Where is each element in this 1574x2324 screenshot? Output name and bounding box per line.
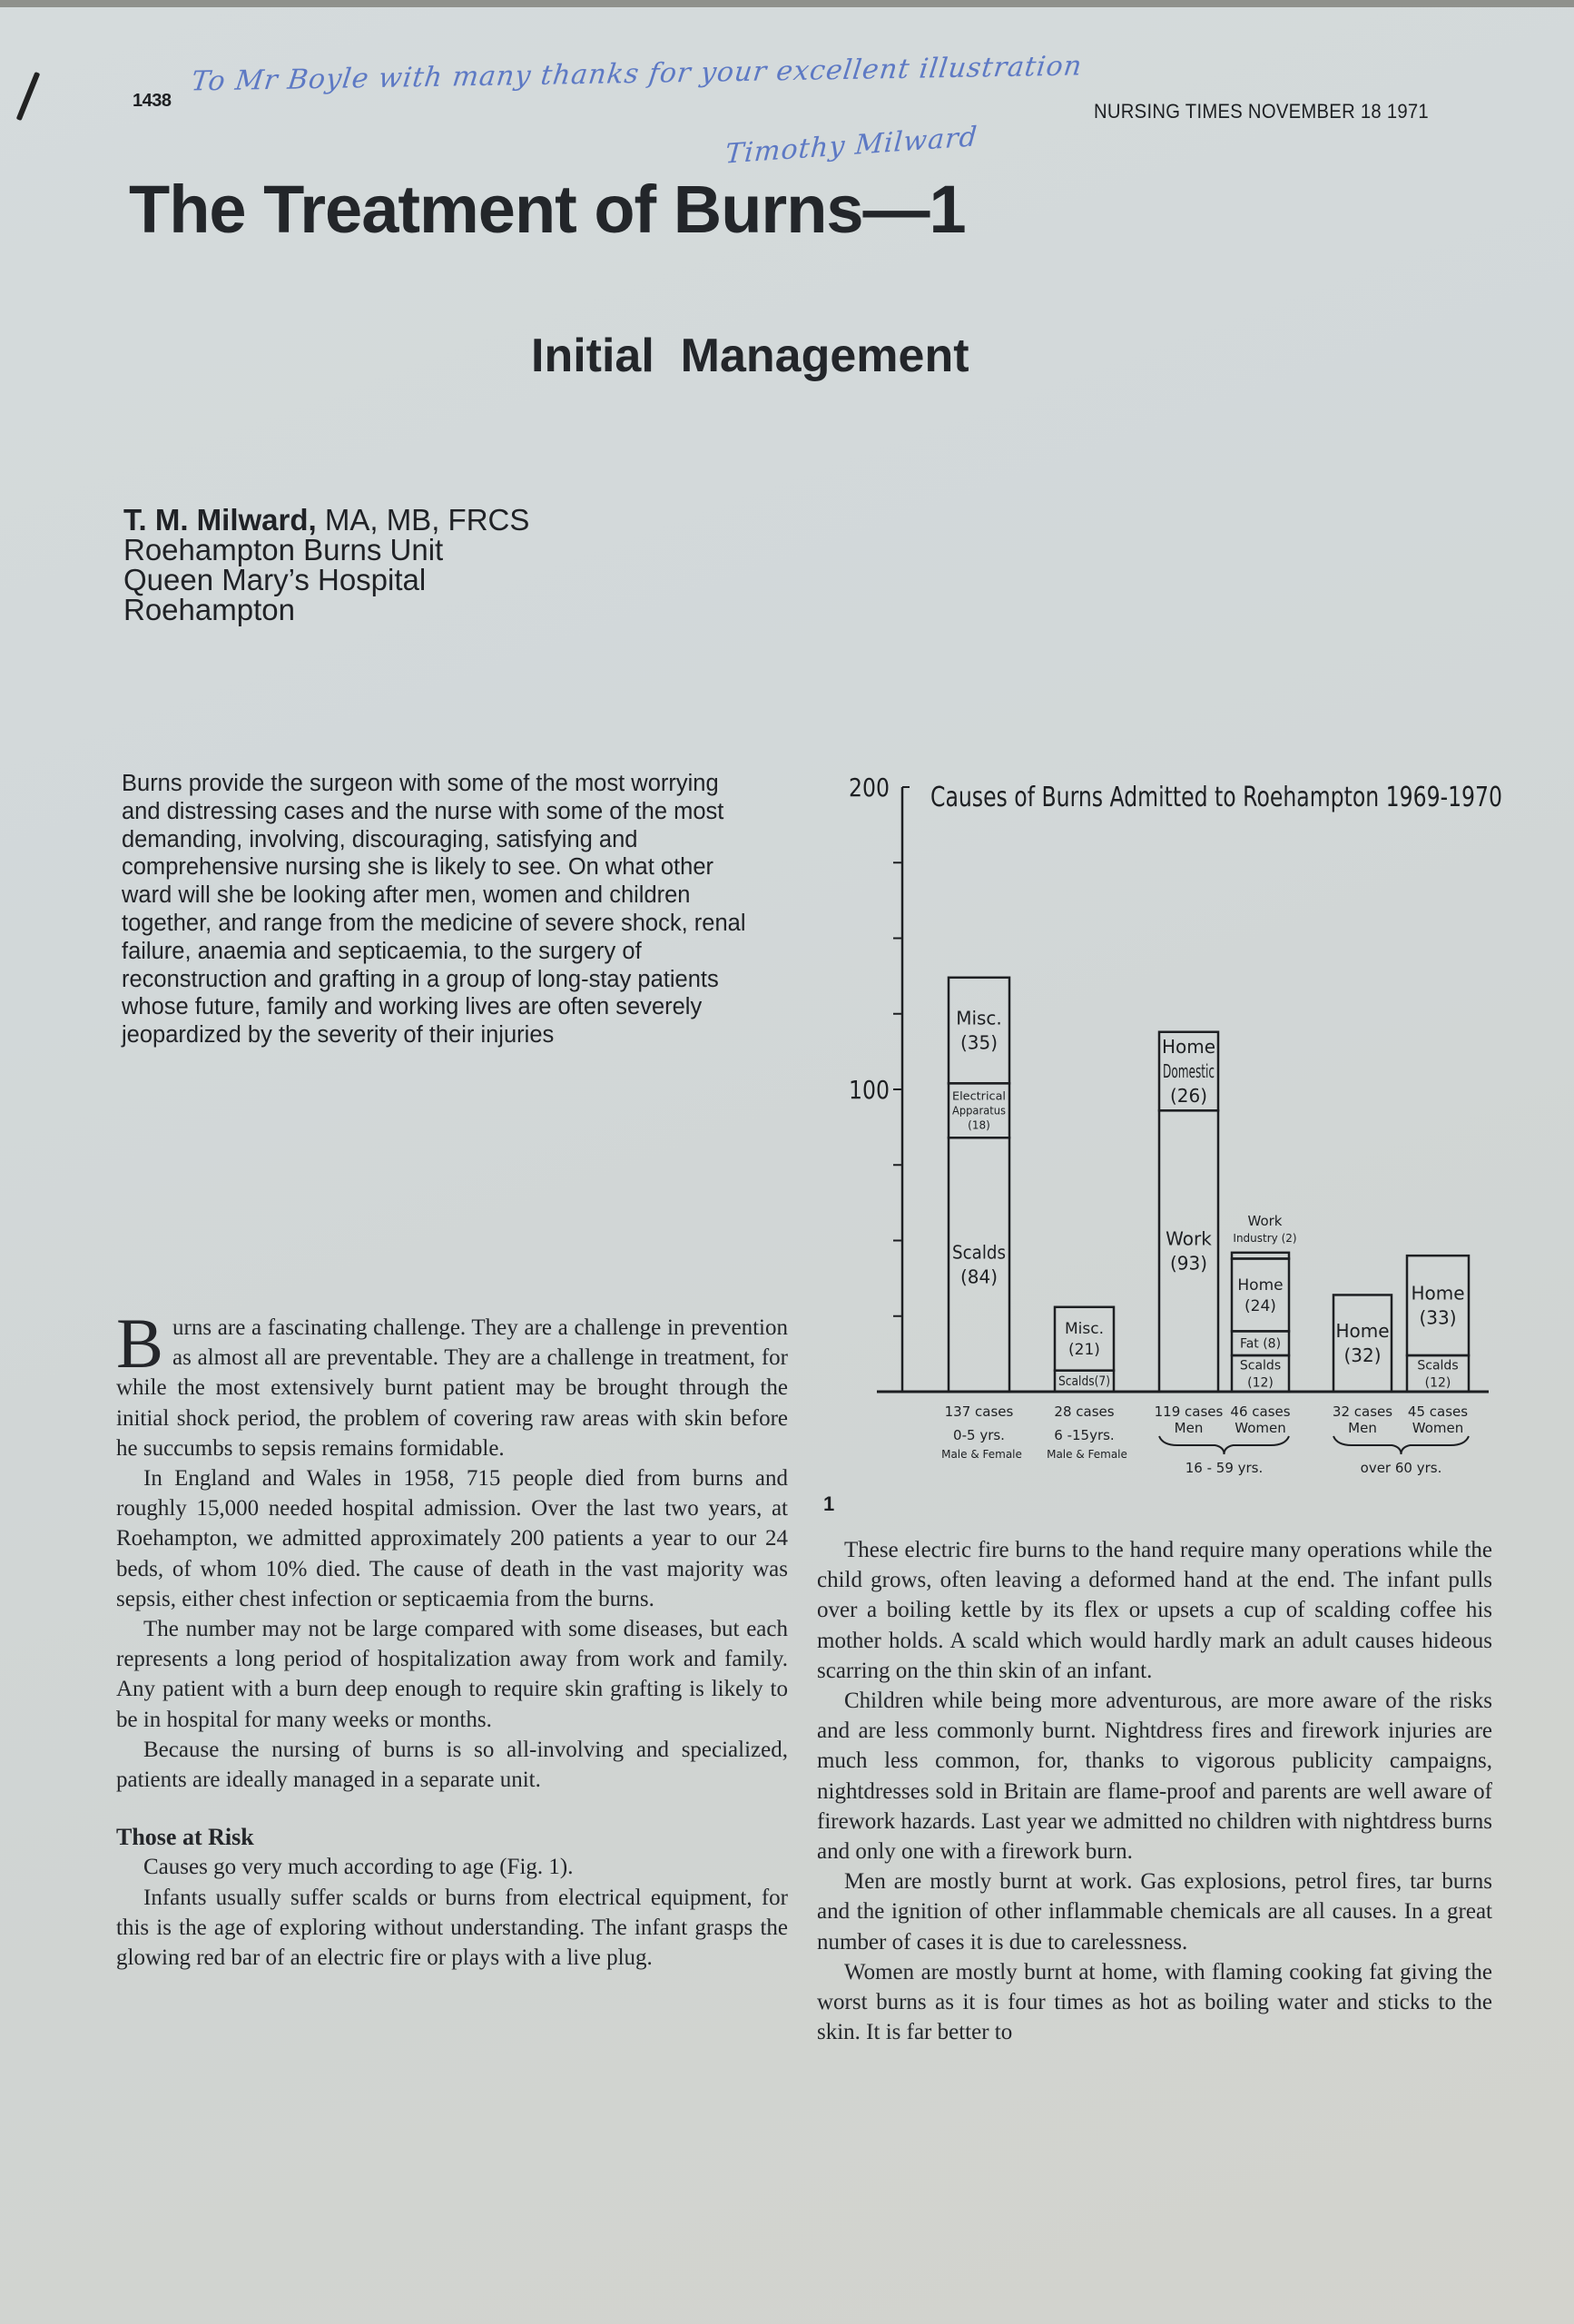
sex-label: Male & Female (941, 1448, 1022, 1461)
right-column: These electric fire burns to the hand re… (817, 1535, 1492, 2047)
group-label: 16 - 59 yrs. (1185, 1460, 1264, 1476)
cases-label: 46 cases (1230, 1403, 1290, 1420)
segment-label: Home (1237, 1276, 1283, 1295)
segment-label: Fat (8) (1240, 1337, 1281, 1352)
chart-title: Causes of Burns Admitted to Roehampton 1… (930, 782, 1502, 813)
segment-label: (32) (1343, 1344, 1381, 1366)
segment-label: Misc. (956, 1008, 1002, 1029)
bar-segment (1055, 1307, 1114, 1371)
paragraph: Women are mostly burnt at home, with fla… (817, 1957, 1492, 2048)
segment-label: Scalds (952, 1242, 1006, 1264)
segment-label: Scalds(7) (1058, 1374, 1110, 1389)
segment-label: Scalds (1417, 1358, 1458, 1373)
segment-label: Domestic (1163, 1060, 1215, 1082)
segment-label: (93) (1170, 1253, 1207, 1275)
sex-label: Men (1348, 1420, 1377, 1436)
segment-label: Electrical (952, 1089, 1006, 1102)
sex-label: Women (1235, 1420, 1285, 1436)
segment-label: (33) (1419, 1307, 1456, 1329)
magazine-page: 1438 NURSING TIMES NOVEMBER 18 1971 To M… (0, 7, 1574, 2324)
paragraph: Men are mostly burnt at work. Gas explos… (817, 1866, 1492, 1957)
y-tick-label: 100 (849, 1075, 890, 1105)
figure-number: 1 (823, 1492, 834, 1516)
segment-label: Misc. (1065, 1320, 1104, 1338)
group-brace (1159, 1436, 1289, 1454)
segment-label: Scalds (1240, 1358, 1281, 1373)
segment-annotation: Work (1248, 1213, 1283, 1229)
segment-label: (26) (1170, 1085, 1207, 1107)
segment-label: (84) (960, 1266, 998, 1288)
group-brace (1333, 1436, 1469, 1454)
segment-label: Work (1166, 1228, 1212, 1250)
segment-label: (18) (968, 1119, 990, 1132)
age-label: 0-5 yrs. (953, 1427, 1005, 1443)
segment-annotation: Industry (2) (1233, 1232, 1296, 1245)
cases-label: 119 cases (1155, 1403, 1224, 1420)
paragraph: Children while being more adventurous, a… (817, 1686, 1492, 1866)
segment-label: (21) (1068, 1341, 1100, 1359)
sex-label: Men (1175, 1420, 1204, 1436)
y-tick-label: 200 (849, 773, 890, 803)
segment-label: Home (1335, 1320, 1389, 1342)
bar-segment (1159, 1110, 1218, 1392)
segment-label: (24) (1244, 1297, 1276, 1315)
cases-label: 28 cases (1054, 1403, 1114, 1420)
bar-segment (949, 1137, 1009, 1392)
paragraph: These electric fire burns to the hand re… (817, 1535, 1492, 1686)
bar-segment (949, 978, 1009, 1084)
cases-label: 32 cases (1333, 1403, 1392, 1420)
group-label: over 60 yrs. (1361, 1460, 1442, 1476)
bar-segment (1232, 1253, 1289, 1259)
bar-segment (1232, 1258, 1289, 1331)
cases-label: 45 cases (1408, 1403, 1468, 1420)
age-label: 6 -15yrs. (1054, 1427, 1114, 1443)
sex-label: Women (1412, 1420, 1463, 1436)
bar-segment (1333, 1295, 1392, 1392)
segment-label: Apparatus (952, 1105, 1006, 1118)
segment-label: (12) (1425, 1375, 1451, 1390)
segment-label: Home (1411, 1283, 1464, 1305)
segment-label: (12) (1247, 1375, 1274, 1390)
sex-label: Male & Female (1047, 1448, 1127, 1461)
segment-label: Home (1162, 1036, 1215, 1058)
segment-label: (35) (960, 1032, 998, 1054)
bar-segment (1407, 1256, 1469, 1355)
cases-label: 137 cases (945, 1403, 1014, 1420)
